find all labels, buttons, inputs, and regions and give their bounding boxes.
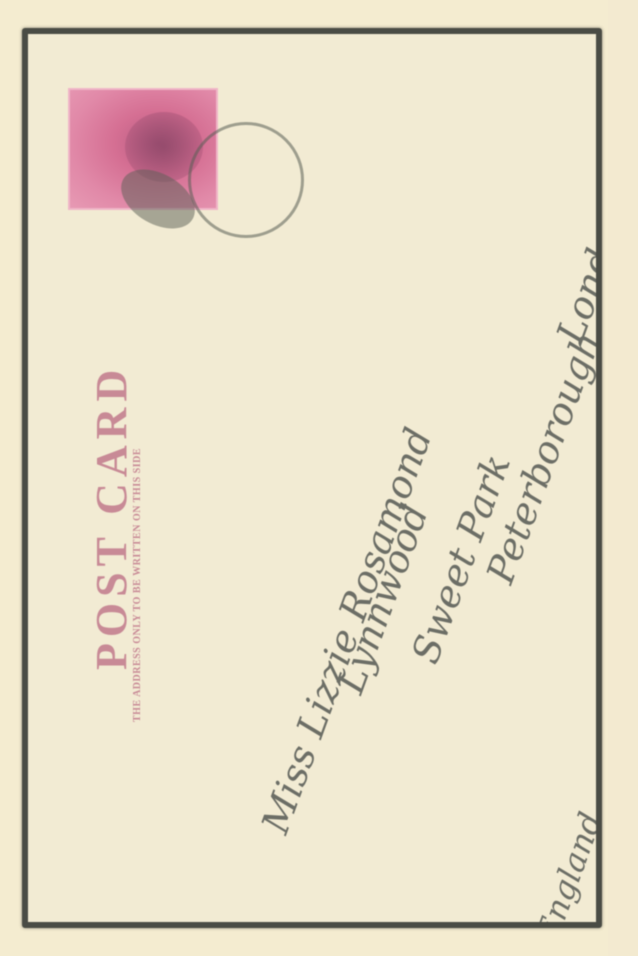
postcard: POST CARD THE ADDRESS ONLY TO BE WRITTEN…	[22, 28, 602, 928]
address-line: England	[528, 807, 602, 928]
postcard-title: POST CARD	[86, 364, 137, 670]
address-line: London	[548, 198, 602, 349]
album-page-edge	[608, 0, 638, 956]
postmark-icon	[188, 122, 304, 238]
postcard-subtitle: THE ADDRESS ONLY TO BE WRITTEN ON THIS S…	[132, 448, 143, 722]
